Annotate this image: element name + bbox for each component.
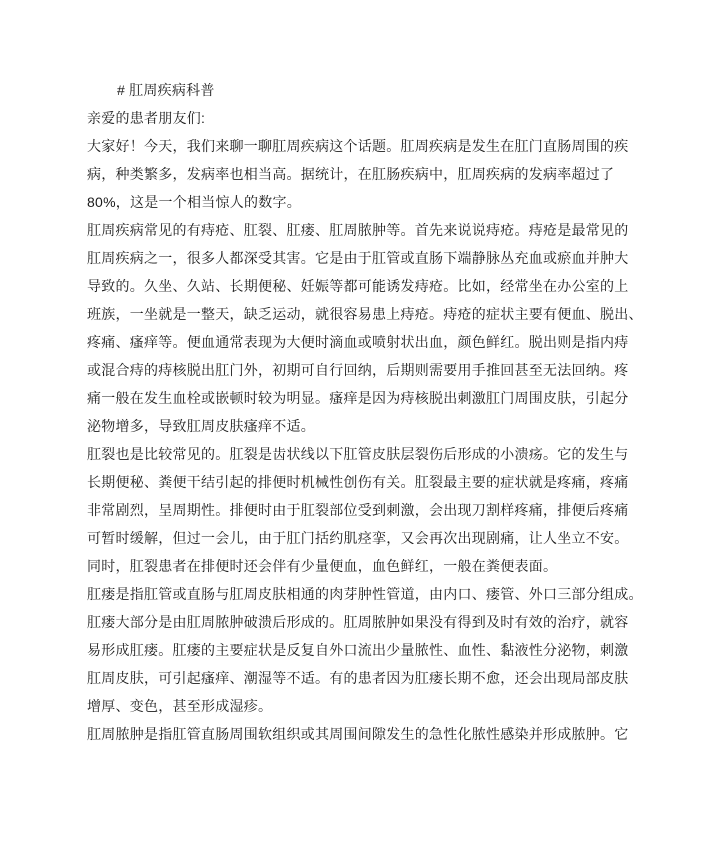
text-line: 非常剧烈，呈周期性。排便时由于肛裂部位受到刺激，会出现刀割样疼痛，排便后疼痛 — [87, 496, 647, 524]
text-line: 肛瘘是指肛管或直肠与肛周皮肤相通的肉芽肿性管道，由内口、瘘管、外口三部分组成。 — [87, 580, 647, 608]
text-line: 易形成肛瘘。肛瘘的主要症状是反复自外口流出少量脓性、血性、黏液性分泌物，刺激 — [87, 636, 647, 664]
text-line: 大家好！今天，我们来聊一聊肛周疾病这个话题。肛周疾病是发生在肛门直肠周围的疾 — [87, 132, 647, 160]
text-line: 班族，一坐就是一整天，缺乏运动，就很容易患上痔疮。痔疮的症状主要有便血、脱出、 — [87, 300, 647, 328]
text-line: 80%，这是一个相当惊人的数字。 — [87, 188, 647, 216]
text-line: 肛周皮肤，可引起瘙痒、潮湿等不适。有的患者因为肛瘘长期不愈，还会出现局部皮肤 — [87, 664, 647, 692]
paragraph-perianal-abscess: 肛周脓肿是指肛管直肠周围软组织或其周围间隙发生的急性化脓性感染并形成脓肿。它 — [87, 720, 647, 748]
text-line: 导致的。久坐、久站、长期便秘、妊娠等都可能诱发痔疮。比如，经常坐在办公室的上 — [87, 272, 647, 300]
text-line: 肛裂也是比较常见的。肛裂是齿状线以下肛管皮肤层裂伤后形成的小溃疡。它的发生与 — [87, 440, 647, 468]
text-line: 疼痛、瘙痒等。便血通常表现为大便时滴血或喷射状出血，颜色鲜红。脱出则是指内痔 — [87, 328, 647, 356]
text-line: 病，种类繁多，发病率也相当高。据统计，在肛肠疾病中，肛周疾病的发病率超过了 — [87, 160, 647, 188]
text-line: 或混合痔的痔核脱出肛门外，初期可自行回纳，后期则需要用手推回甚至无法回纳。疼 — [87, 356, 647, 384]
paragraph-intro: 大家好！今天，我们来聊一聊肛周疾病这个话题。肛周疾病是发生在肛门直肠周围的疾 病… — [87, 132, 647, 216]
paragraph-anal-fistula: 肛瘘是指肛管或直肠与肛周皮肤相通的肉芽肿性管道，由内口、瘘管、外口三部分组成。 … — [87, 580, 647, 720]
text-line: 痛一般在发生血栓或嵌顿时较为明显。瘙痒是因为痔核脱出刺激肛门周围皮肤，引起分 — [87, 384, 647, 412]
text-line: 肛周脓肿是指肛管直肠周围软组织或其周围间隙发生的急性化脓性感染并形成脓肿。它 — [87, 720, 647, 748]
text-line: 肛瘘大部分是由肛周脓肿破溃后形成的。肛周脓肿如果没有得到及时有效的治疗，就容 — [87, 608, 647, 636]
text-line: 肛周疾病之一，很多人都深受其害。它是由于肛管或直肠下端静脉丛充血或瘀血并肿大 — [87, 244, 647, 272]
paragraph-anal-fissure: 肛裂也是比较常见的。肛裂是齿状线以下肛管皮肤层裂伤后形成的小溃疡。它的发生与 长… — [87, 440, 647, 580]
page: { "page": { "background_color": "#ffffff… — [0, 0, 708, 841]
document-body: # 肛周疾病科普 亲爱的患者朋友们: 大家好！今天，我们来聊一聊肛周疾病这个话题… — [87, 76, 647, 748]
salutation-line: 亲爱的患者朋友们: — [87, 104, 647, 132]
text-line: 同时，肛裂患者在排便时还会伴有少量便血，血色鲜红，一般在粪便表面。 — [87, 552, 647, 580]
text-line: 泌物增多，导致肛周皮肤瘙痒不适。 — [87, 412, 647, 440]
text-line: 长期便秘、粪便干结引起的排便时机械性创伤有关。肛裂最主要的症状就是疼痛，疼痛 — [87, 468, 647, 496]
text-line: 肛周疾病常见的有痔疮、肛裂、肛瘘、肛周脓肿等。首先来说说痔疮。痔疮是最常见的 — [87, 216, 647, 244]
text-line: 可暂时缓解，但过一会儿，由于肛门括约肌痉挛，又会再次出现剧痛，让人坐立不安。 — [87, 524, 647, 552]
paragraph-hemorrhoids: 肛周疾病常见的有痔疮、肛裂、肛瘘、肛周脓肿等。首先来说说痔疮。痔疮是最常见的 肛… — [87, 216, 647, 440]
text-line: 增厚、变色，甚至形成湿疹。 — [87, 692, 647, 720]
markdown-heading: # 肛周疾病科普 — [87, 76, 647, 104]
